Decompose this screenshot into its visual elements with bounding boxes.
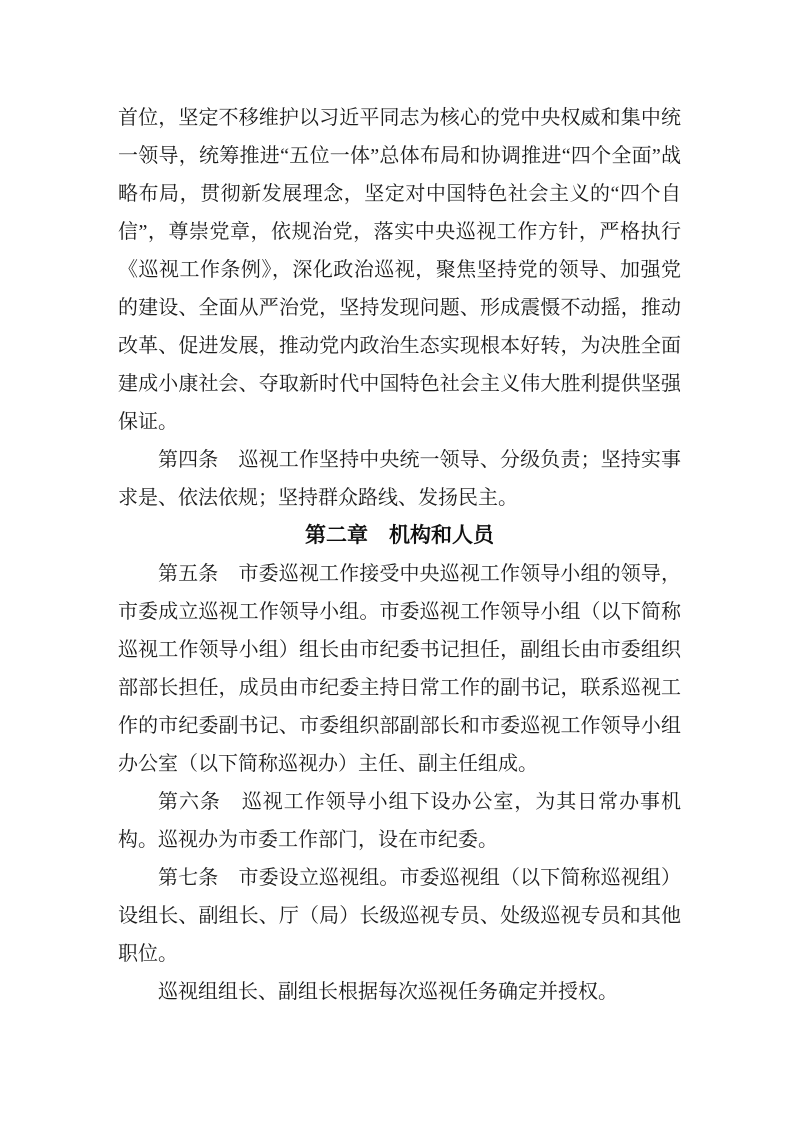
chapter-heading: 第二章 机构和人员 — [118, 517, 681, 555]
document-page: 首位，坚定不移维护以习近平同志为核心的党中央权威和集中统一领导，统筹推进“五位一… — [0, 0, 793, 1122]
paragraph-authorization: 巡视组组长、副组长根据每次巡视任务确定并授权。 — [118, 973, 681, 1011]
document-body: 首位，坚定不移维护以习近平同志为核心的党中央权威和集中统一领导，统筹推进“五位一… — [0, 0, 793, 1011]
paragraph-article-6: 第六条 巡视工作领导小组下设办公室，为其日常办事机构。巡视办为市委工作部门，设在… — [118, 783, 681, 859]
paragraph-article-5: 第五条 市委巡视工作接受中央巡视工作领导小组的领导，市委成立巡视工作领导小组。市… — [118, 555, 681, 783]
paragraph-article-7: 第七条 市委设立巡视组。市委巡视组（以下简称巡视组）设组长、副组长、厅（局）长级… — [118, 859, 681, 973]
paragraph-continuation: 首位，坚定不移维护以习近平同志为核心的党中央权威和集中统一领导，统筹推进“五位一… — [118, 99, 681, 441]
paragraph-article-4: 第四条 巡视工作坚持中央统一领导、分级负责；坚持实事求是、依法依规；坚持群众路线… — [118, 441, 681, 517]
